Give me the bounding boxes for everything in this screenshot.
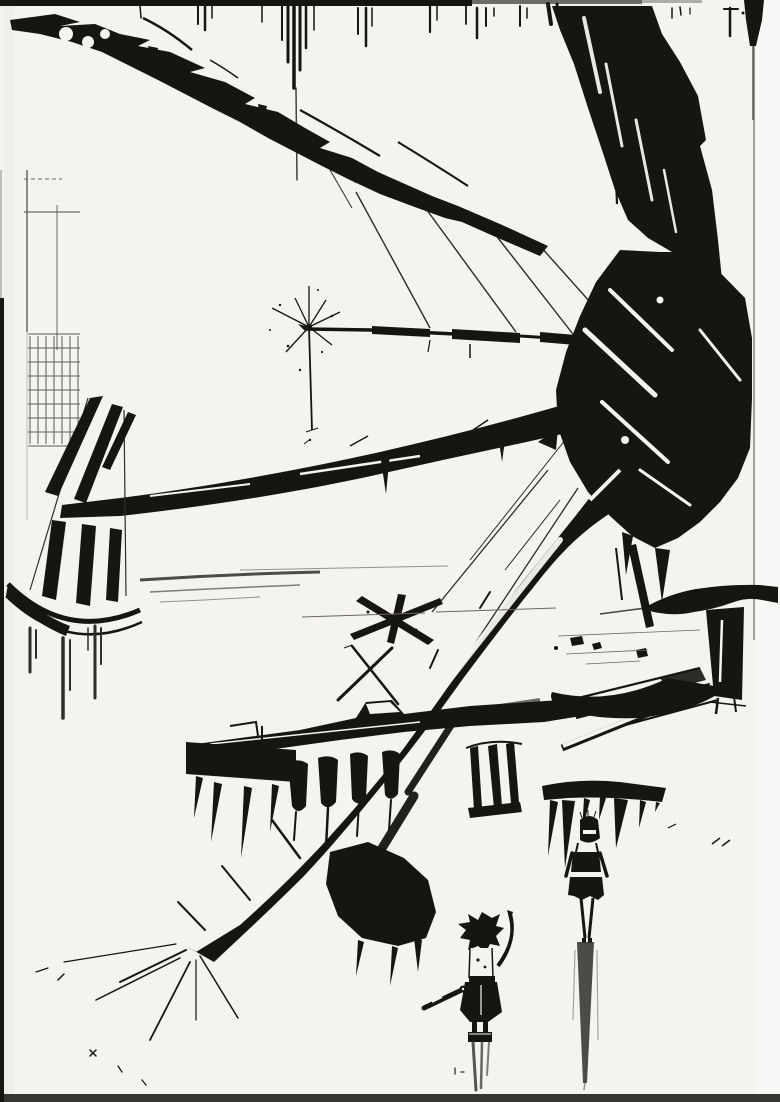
manga-artwork — [0, 0, 780, 1102]
manga-page — [0, 0, 780, 1102]
